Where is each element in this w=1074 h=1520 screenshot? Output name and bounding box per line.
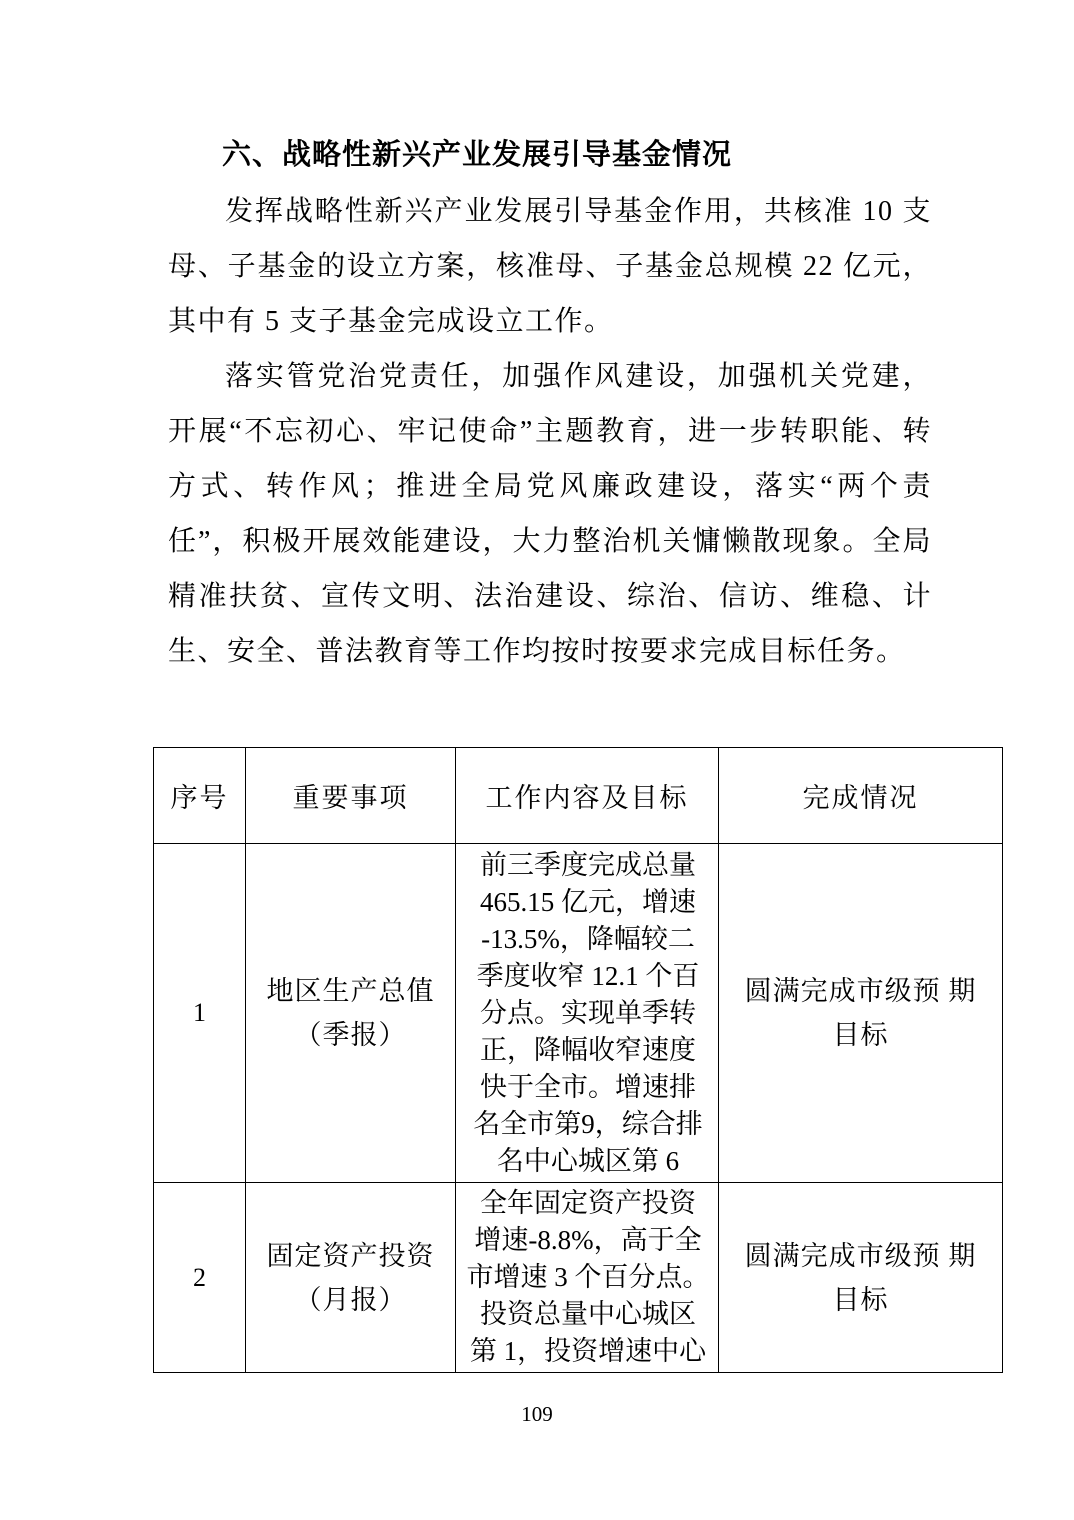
row2-content: 全年固定资产投资 增速-8.8%，高于全 市增速 3 个百分点。 投资总量中心城…: [456, 1183, 719, 1373]
row1-item: 地区生产总值 （季报）: [246, 844, 456, 1183]
row2-item: 固定资产投资 （月报）: [246, 1183, 456, 1373]
header-cell-status: 完成情况: [719, 748, 1003, 844]
header-cell-content: 工作内容及目标: [456, 748, 719, 844]
table-row: 2 固定资产投资 （月报） 全年固定资产投资 增速-8.8%，高于全 市增速 3…: [154, 1183, 1003, 1373]
row1-status: 圆满完成市级预 期 目标: [719, 844, 1003, 1183]
table-header-row: 序号 重要事项 工作内容及目标 完成情况: [154, 748, 1003, 844]
work-progress-table: 序号 重要事项 工作内容及目标 完成情况 1 地区生产总值 （季报） 前三季度完…: [153, 747, 1003, 1373]
section-heading: 六、战略性新兴产业发展引导基金情况: [168, 138, 932, 172]
table-row: 1 地区生产总值 （季报） 前三季度完成总量 465.15 亿元，增速 -13.…: [154, 844, 1003, 1183]
header-cell-number: 序号: [154, 748, 246, 844]
row1-content: 前三季度完成总量 465.15 亿元，增速 -13.5%，降幅较二 季度收窄 1…: [456, 844, 719, 1183]
paragraph-fund-summary: 发挥战略性新兴产业发展引导基金作用，共核准 10 支母、子基金的设立方案，核准母…: [168, 184, 932, 349]
document-body: 六、战略性新兴产业发展引导基金情况 发挥战略性新兴产业发展引导基金作用，共核准 …: [168, 0, 932, 679]
row2-status: 圆满完成市级预 期 目标: [719, 1183, 1003, 1373]
page-number: 109: [0, 1402, 1074, 1427]
paragraph-party-building: 落实管党治党责任，加强作风建设，加强机关党建，开展“不忘初心、牢记使命”主题教育…: [168, 349, 932, 679]
row1-number: 1: [154, 844, 246, 1183]
header-cell-item: 重要事项: [246, 748, 456, 844]
row2-number: 2: [154, 1183, 246, 1373]
